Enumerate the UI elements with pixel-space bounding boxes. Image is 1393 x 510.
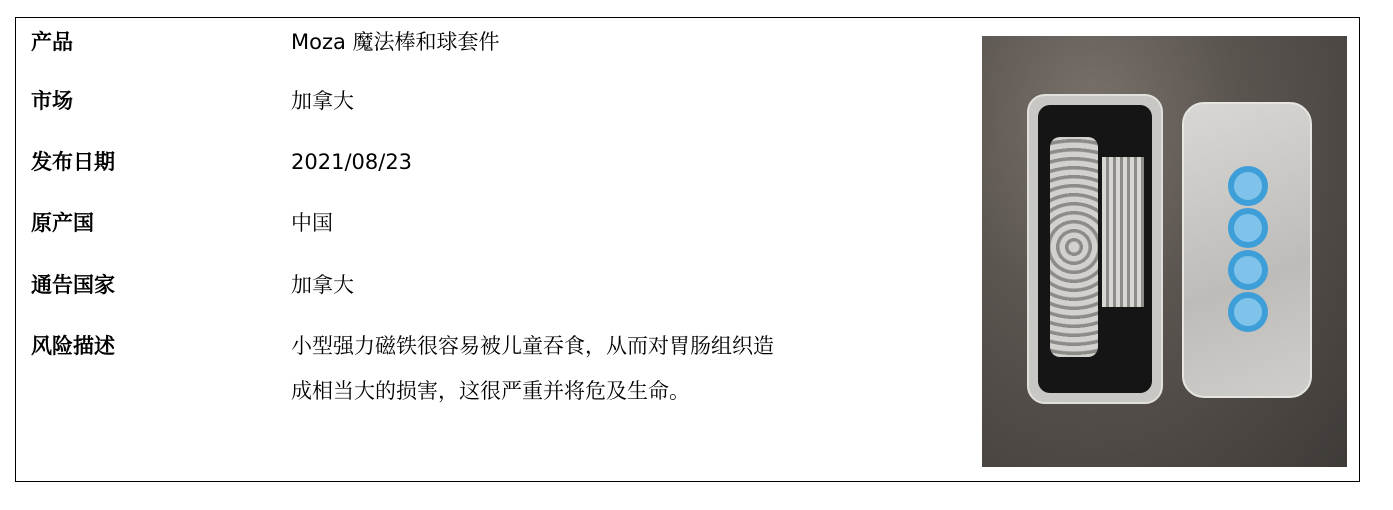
label-product: 产品 <box>31 29 73 55</box>
tin-lid-image <box>1182 102 1312 398</box>
label-market: 市场 <box>31 88 73 114</box>
product-photo <box>982 36 1347 467</box>
label-origin: 原产国 <box>31 210 94 236</box>
value-origin: 中国 <box>291 210 333 236</box>
label-notifying-country: 通告国家 <box>31 272 115 298</box>
value-product: Moza 魔法棒和球套件 <box>291 29 500 55</box>
product-alert-card: 产品 Moza 魔法棒和球套件 市场 加拿大 发布日期 2021/08/23 原… <box>15 17 1360 482</box>
magnetic-balls-image <box>1050 137 1098 357</box>
magnetic-rods-image <box>1102 157 1144 307</box>
value-notifying-country: 加拿大 <box>291 272 354 298</box>
moza-logo-icon <box>1222 166 1274 336</box>
value-date: 2021/08/23 <box>291 149 412 175</box>
label-risk-description: 风险描述 <box>31 333 115 359</box>
value-market: 加拿大 <box>291 88 354 114</box>
value-risk-description: 小型强力磁铁很容易被儿童吞食，从而对胃肠组织造成相当大的损害，这很严重并将危及生… <box>291 324 781 414</box>
open-tin-image <box>1027 94 1163 404</box>
label-date: 发布日期 <box>31 149 115 175</box>
